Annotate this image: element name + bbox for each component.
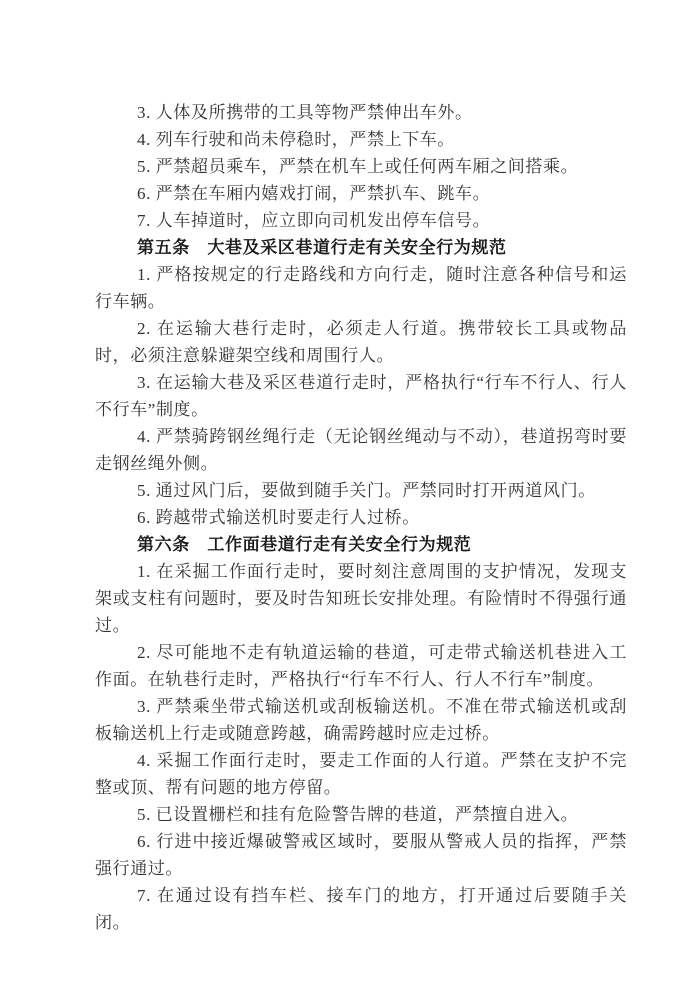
document-paragraph: 3. 严禁乘坐带式输送机或刮板输送机。不准在带式输送机或刮板输送机上行走或随意跨…	[95, 693, 627, 747]
document-body: 3. 人体及所携带的工具等物严禁伸出车外。4. 列车行驶和尚未停稳时，严禁上下车…	[95, 99, 627, 936]
document-paragraph: 6. 跨越带式输送机时要走行人过桥。	[95, 504, 627, 531]
document-page: 3. 人体及所携带的工具等物严禁伸出车外。4. 列车行驶和尚未停稳时，严禁上下车…	[0, 0, 700, 990]
document-paragraph: 5. 通过风门后，要做到随手关门。严禁同时打开两道风门。	[95, 477, 627, 504]
section-heading: 第六条 工作面巷道行走有关安全行为规范	[95, 531, 627, 558]
document-paragraph: 5. 严禁超员乘车，严禁在机车上或任何两车厢之间搭乘。	[95, 153, 627, 180]
document-paragraph: 4. 采掘工作面行走时，要走工作面的人行道。严禁在支护不完整或顶、帮有问题的地方…	[95, 747, 627, 801]
document-paragraph: 1. 严格按规定的行走路线和方向行走，随时注意各种信号和运行车辆。	[95, 261, 627, 315]
document-paragraph: 3. 在运输大巷及采区巷道行走时，严格执行“行车不行人、行人不行车”制度。	[95, 369, 627, 423]
document-paragraph: 5. 已设置栅栏和挂有危险警告牌的巷道，严禁擅自进入。	[95, 801, 627, 828]
section-heading: 第五条 大巷及采区巷道行走有关安全行为规范	[95, 234, 627, 261]
document-paragraph: 4. 严禁骑跨钢丝绳行走（无论钢丝绳动与不动），巷道拐弯时要走钢丝绳外侧。	[95, 423, 627, 477]
document-paragraph: 2. 在运输大巷行走时，必须走人行道。携带较长工具或物品时，必须注意躲避架空线和…	[95, 315, 627, 369]
document-paragraph: 6. 行进中接近爆破警戒区域时，要服从警戒人员的指挥，严禁强行通过。	[95, 828, 627, 882]
document-paragraph: 6. 严禁在车厢内嬉戏打闹，严禁扒车、跳车。	[95, 180, 627, 207]
document-paragraph: 7. 人车掉道时，应立即向司机发出停车信号。	[95, 207, 627, 234]
document-paragraph: 1. 在采掘工作面行走时，要时刻注意周围的支护情况，发现支架或支柱有问题时，要及…	[95, 558, 627, 639]
document-paragraph: 3. 人体及所携带的工具等物严禁伸出车外。	[95, 99, 627, 126]
document-paragraph: 4. 列车行驶和尚未停稳时，严禁上下车。	[95, 126, 627, 153]
document-paragraph: 2. 尽可能地不走有轨道运输的巷道，可走带式输送机巷进入工作面。在轨巷行走时，严…	[95, 639, 627, 693]
document-paragraph: 7. 在通过设有挡车栏、接车门的地方，打开通过后要随手关闭。	[95, 882, 627, 936]
